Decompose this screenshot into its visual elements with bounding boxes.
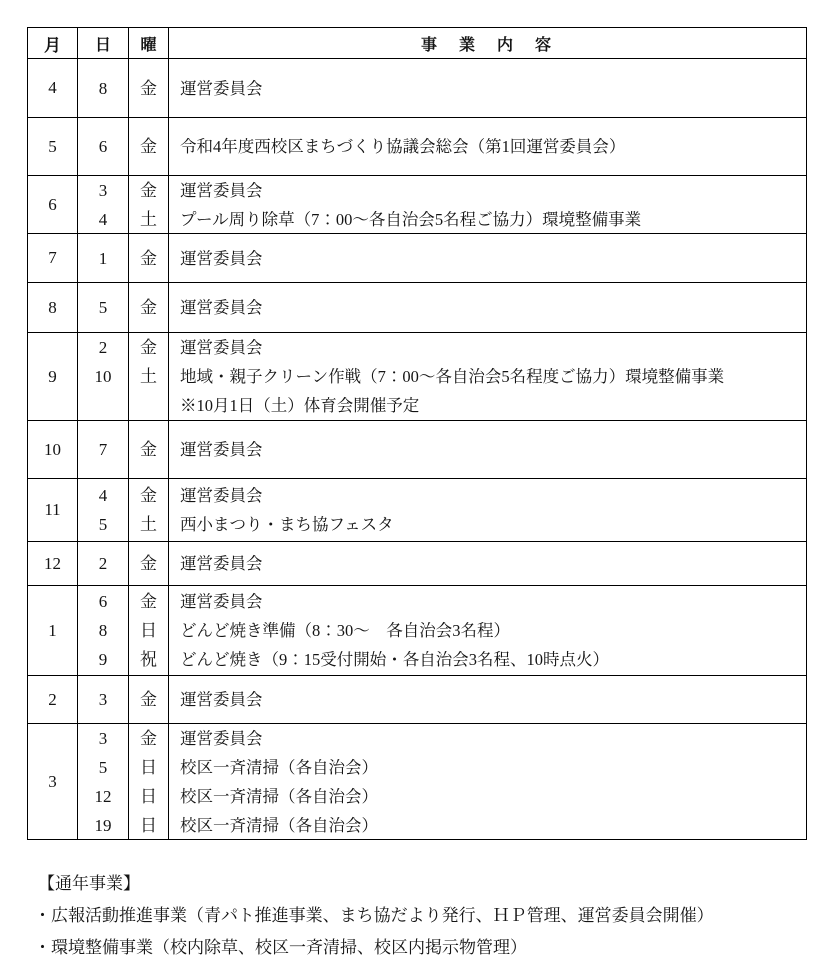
event-text: どんど焼き準備（8：30～ 各自治会3名程） (169, 616, 806, 645)
table-row: 10 7 金 運営委員会 (28, 421, 806, 479)
schedule-table-body: 4 8 金 運営委員会 5 6 金 令和4年度西校区まちづくり協議会総会（第1回… (28, 59, 806, 839)
day-cell: 3 (78, 676, 129, 723)
day-cell: 5 (78, 283, 129, 332)
month-cell: 3 (28, 724, 78, 839)
weekday-cell: 金土 (129, 479, 169, 541)
event-text: 運営委員会 (169, 333, 806, 362)
event-text: 運営委員会 (169, 724, 806, 753)
day-value: 1 (78, 244, 128, 273)
table-row: 8 5 金 運営委員会 (28, 283, 806, 333)
content-cell: 運営委員会西小まつり・まち協フェスタ (169, 479, 806, 541)
day-value: 10 (78, 362, 128, 391)
content-cell: 運営委員会 (169, 542, 806, 585)
header-day: 日 (78, 28, 129, 58)
month-cell: 2 (28, 676, 78, 723)
day-cell: 34 (78, 176, 129, 233)
day-value: 6 (78, 132, 128, 161)
weekday-value: 金 (129, 481, 168, 510)
weekday-cell: 金日祝 (129, 586, 169, 675)
month-cell: 7 (28, 234, 78, 282)
day-cell: 689 (78, 586, 129, 675)
weekday-value: 金 (129, 549, 168, 578)
table-row: 6 34 金土 運営委員会プール周り除草（7：00～各自治会5名程ご協力）環境整… (28, 176, 806, 234)
day-value (78, 391, 128, 420)
month-cell: 1 (28, 586, 78, 675)
day-cell: 351219 (78, 724, 129, 839)
day-value: 2 (78, 549, 128, 578)
weekday-value: 金 (129, 132, 168, 161)
weekday-value: 日 (129, 616, 168, 645)
content-cell: 運営委員会 (169, 676, 806, 723)
day-value: 6 (78, 587, 128, 616)
weekday-value (129, 391, 168, 420)
month-cell: 10 (28, 421, 78, 478)
weekday-value: 日 (129, 753, 168, 782)
event-text: 校区一斉清掃（各自治会） (169, 811, 806, 840)
day-cell: 6 (78, 118, 129, 175)
event-text: どんど焼き（9：15受付開始・各自治会3名程、10時点火） (169, 645, 806, 674)
content-cell: 運営委員会地域・親子クリーン作戦（7：00～各自治会5名程度ご協力）環境整備事業… (169, 333, 806, 420)
day-value: 8 (78, 616, 128, 645)
table-row: 9 210 金土 運営委員会地域・親子クリーン作戦（7：00～各自治会5名程度ご… (28, 333, 806, 421)
month-cell: 9 (28, 333, 78, 420)
table-row: 4 8 金 運営委員会 (28, 59, 806, 118)
month-cell: 8 (28, 283, 78, 332)
day-value: 3 (78, 685, 128, 714)
content-cell: 運営委員会 (169, 59, 806, 117)
month-cell: 12 (28, 542, 78, 585)
day-value: 4 (78, 481, 128, 510)
document-page: 月 日 曜 事 業 内 容 4 8 金 運営委員会 5 6 金 令和4年度西校区… (0, 0, 831, 979)
table-row: 1 689 金日祝 運営委員会どんど焼き準備（8：30～ 各自治会3名程）どんど… (28, 586, 806, 676)
event-text: 運営委員会 (169, 481, 806, 510)
day-value: 5 (78, 293, 128, 322)
weekday-value: 土 (129, 205, 168, 234)
weekday-cell: 金 (129, 59, 169, 117)
weekday-value: 金 (129, 587, 168, 616)
event-text: 運営委員会 (169, 293, 806, 322)
weekday-value: 日 (129, 811, 168, 840)
weekday-value: 金 (129, 333, 168, 362)
day-value: 9 (78, 645, 128, 674)
day-value: 8 (78, 74, 128, 103)
header-weekday: 曜 (129, 28, 169, 58)
content-cell: 運営委員会プール周り除草（7：00～各自治会5名程ご協力）環境整備事業 (169, 176, 806, 233)
day-value: 12 (78, 782, 128, 811)
table-row: 2 3 金 運営委員会 (28, 676, 806, 724)
content-cell: 運営委員会 (169, 234, 806, 282)
event-text: 運営委員会 (169, 587, 806, 616)
month-cell: 11 (28, 479, 78, 541)
day-value: 3 (78, 724, 128, 753)
day-cell: 1 (78, 234, 129, 282)
weekday-value: 土 (129, 510, 168, 539)
weekday-value: 金 (129, 244, 168, 273)
weekday-cell: 金 (129, 676, 169, 723)
weekday-cell: 金 (129, 421, 169, 478)
weekday-value: 金 (129, 293, 168, 322)
weekday-cell: 金日日日 (129, 724, 169, 839)
event-text: プール周り除草（7：00～各自治会5名程ご協力）環境整備事業 (169, 205, 806, 234)
day-value: 7 (78, 435, 128, 464)
event-text: ※10月1日（土）体育会開催予定 (169, 391, 806, 420)
weekday-cell: 金 (129, 234, 169, 282)
footer-item: ・環境整備事業（校内除草、校区一斉清掃、校区内掲示物管理） (0, 932, 831, 964)
header-content: 事 業 内 容 (169, 28, 806, 58)
month-cell: 6 (28, 176, 78, 233)
weekday-value: 日 (129, 782, 168, 811)
footer-item: ・広報活動推進事業（青パト推進事業、まち協だより発行、ＨＰ管理、運営委員会開催） (0, 900, 831, 932)
weekday-value: 金 (129, 685, 168, 714)
event-text: 西小まつり・まち協フェスタ (169, 510, 806, 539)
table-row: 7 1 金 運営委員会 (28, 234, 806, 283)
event-text: 令和4年度西校区まちづくり協議会総会（第1回運営委員会） (169, 132, 806, 161)
day-cell: 7 (78, 421, 129, 478)
table-row: 12 2 金 運営委員会 (28, 542, 806, 586)
event-text: 運営委員会 (169, 435, 806, 464)
content-cell: 令和4年度西校区まちづくり協議会総会（第1回運営委員会） (169, 118, 806, 175)
content-cell: 運営委員会どんど焼き準備（8：30～ 各自治会3名程）どんど焼き（9：15受付開… (169, 586, 806, 675)
table-row: 11 45 金土 運営委員会西小まつり・まち協フェスタ (28, 479, 806, 542)
event-text: 運営委員会 (169, 244, 806, 273)
weekday-value: 金 (129, 435, 168, 464)
table-row: 3 351219 金日日日 運営委員会校区一斉清掃（各自治会）校区一斉清掃（各自… (28, 724, 806, 839)
day-cell: 2 (78, 542, 129, 585)
weekday-cell: 金土 (129, 176, 169, 233)
event-text: 運営委員会 (169, 685, 806, 714)
day-value: 2 (78, 333, 128, 362)
event-text: 地域・親子クリーン作戦（7：00～各自治会5名程度ご協力）環境整備事業 (169, 362, 806, 391)
table-header-row: 月 日 曜 事 業 内 容 (28, 28, 806, 59)
weekday-cell: 金 (129, 542, 169, 585)
weekday-value: 金 (129, 176, 168, 205)
table-row: 5 6 金 令和4年度西校区まちづくり協議会総会（第1回運営委員会） (28, 118, 806, 176)
event-text: 校区一斉清掃（各自治会） (169, 782, 806, 811)
day-value: 4 (78, 205, 128, 234)
day-value: 3 (78, 176, 128, 205)
day-cell: 45 (78, 479, 129, 541)
content-cell: 運営委員会校区一斉清掃（各自治会）校区一斉清掃（各自治会）校区一斉清掃（各自治会… (169, 724, 806, 839)
event-text: 運営委員会 (169, 74, 806, 103)
day-value: 19 (78, 811, 128, 840)
day-value: 5 (78, 753, 128, 782)
month-cell: 4 (28, 59, 78, 117)
schedule-table: 月 日 曜 事 業 内 容 4 8 金 運営委員会 5 6 金 令和4年度西校区… (27, 27, 807, 840)
footer-title: 【通年事業】 (0, 868, 831, 900)
weekday-value: 祝 (129, 645, 168, 674)
day-cell: 210 (78, 333, 129, 420)
weekday-cell: 金土 (129, 333, 169, 420)
day-cell: 8 (78, 59, 129, 117)
footer-section: 【通年事業】 ・広報活動推進事業（青パト推進事業、まち協だより発行、ＨＰ管理、運… (0, 868, 831, 964)
event-text: 運営委員会 (169, 549, 806, 578)
weekday-cell: 金 (129, 283, 169, 332)
day-value: 5 (78, 510, 128, 539)
weekday-cell: 金 (129, 118, 169, 175)
weekday-value: 土 (129, 362, 168, 391)
month-cell: 5 (28, 118, 78, 175)
weekday-value: 金 (129, 74, 168, 103)
content-cell: 運営委員会 (169, 421, 806, 478)
weekday-value: 金 (129, 724, 168, 753)
header-month: 月 (28, 28, 78, 58)
event-text: 校区一斉清掃（各自治会） (169, 753, 806, 782)
content-cell: 運営委員会 (169, 283, 806, 332)
event-text: 運営委員会 (169, 176, 806, 205)
